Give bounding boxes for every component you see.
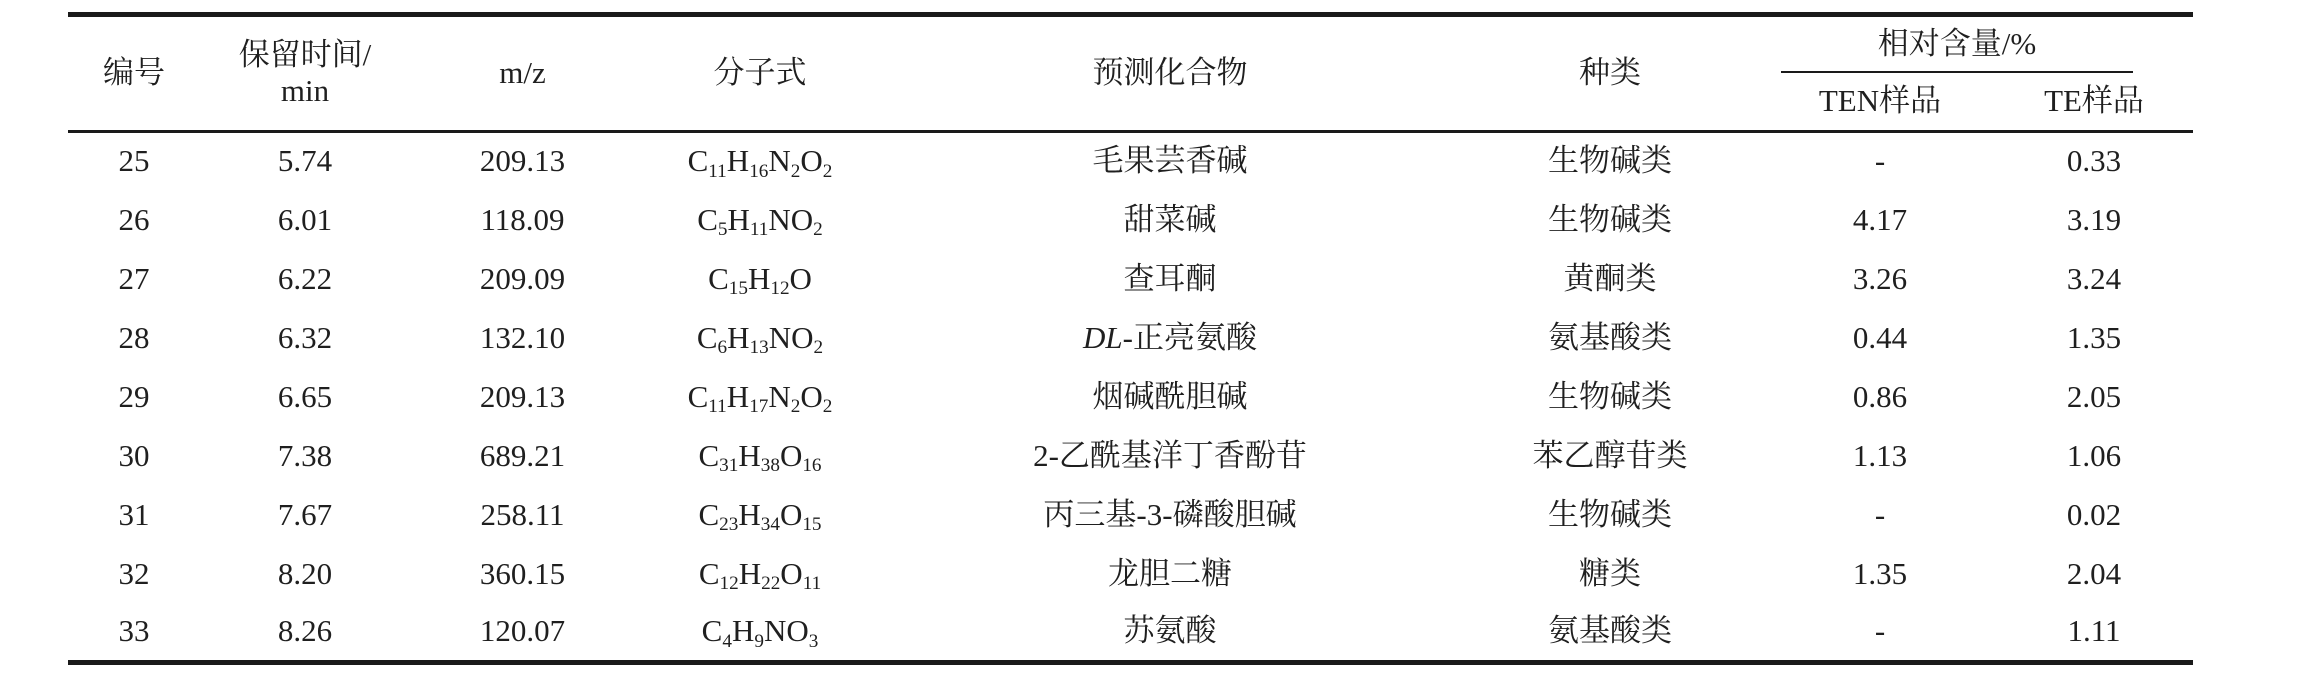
cell-mz: 132.10 [410,308,635,367]
cell-mz: 120.07 [410,603,635,662]
cell-mz: 118.09 [410,190,635,249]
cell-formula: C4H9NO3 [635,603,885,662]
cell-te-sample-value: 3.19 [1995,190,2193,249]
table-row: 27 6.22 209.09 C15H12O 查耳酮 黄酮类 3.26 3.24 [68,249,2193,308]
cell-compound: 2-乙酰基洋丁香酚苷 [885,426,1455,485]
table-row: 25 5.74 209.13 C11H16N2O2 毛果芸香碱 生物碱类 - 0… [68,131,2193,190]
paper-table-page: 编号 保留时间/ min m/z 分子式 预测化合物 种类 相对含量/% TEN… [0,0,2304,678]
cell-formula: C12H22O11 [635,544,885,603]
cell-category: 生物碱类 [1455,367,1765,426]
header-mz: m/z [410,15,635,132]
cell-compound: 龙胆二糖 [885,544,1455,603]
cell-mz: 360.15 [410,544,635,603]
cell-formula: C11H17N2O2 [635,367,885,426]
cell-formula: C23H34O15 [635,485,885,544]
cell-category: 黄酮类 [1455,249,1765,308]
header-te-sample: TE样品 [1995,73,2193,131]
table-header: 编号 保留时间/ min m/z 分子式 预测化合物 种类 相对含量/% TEN… [68,15,2193,132]
cell-ten-sample-value: - [1765,485,1995,544]
table-row: 26 6.01 118.09 C5H11NO2 甜菜碱 生物碱类 4.17 3.… [68,190,2193,249]
header-relative-content-label: 相对含量/% [1878,26,2036,62]
cell-compound: 苏氨酸 [885,603,1455,662]
header-formula: 分子式 [635,15,885,132]
header-compound: 预测化合物 [885,15,1455,132]
table-row: 28 6.32 132.10 C6H13NO2 DL-正亮氨酸 氨基酸类 0.4… [68,308,2193,367]
cell-te-sample-value: 0.02 [1995,485,2193,544]
cell-id: 30 [68,426,200,485]
cell-category: 苯乙醇苷类 [1455,426,1765,485]
cell-compound: 丙三基-3-磷酸胆碱 [885,485,1455,544]
cell-id: 31 [68,485,200,544]
compound-table: 编号 保留时间/ min m/z 分子式 预测化合物 种类 相对含量/% TEN… [68,12,2193,665]
header-retention-time-line2: min [200,73,410,110]
cell-id: 28 [68,308,200,367]
cell-retention-time: 8.26 [200,603,410,662]
table-row: 30 7.38 689.21 C31H38O16 2-乙酰基洋丁香酚苷 苯乙醇苷… [68,426,2193,485]
table-row: 32 8.20 360.15 C12H22O11 龙胆二糖 糖类 1.35 2.… [68,544,2193,603]
cell-mz: 209.13 [410,367,635,426]
cell-te-sample-value: 2.04 [1995,544,2193,603]
table-row: 29 6.65 209.13 C11H17N2O2 烟碱酰胆碱 生物碱类 0.8… [68,367,2193,426]
cell-ten-sample-value: 4.17 [1765,190,1995,249]
cell-te-sample-value: 3.24 [1995,249,2193,308]
header-relative-content-group: 相对含量/% [1765,15,2193,74]
cell-te-sample-value: 1.06 [1995,426,2193,485]
cell-formula: C15H12O [635,249,885,308]
cell-id: 29 [68,367,200,426]
cell-retention-time: 7.67 [200,485,410,544]
cell-category: 生物碱类 [1455,131,1765,190]
cell-ten-sample-value: 1.35 [1765,544,1995,603]
cell-retention-time: 6.22 [200,249,410,308]
cell-ten-sample-value: 3.26 [1765,249,1995,308]
table-row: 33 8.26 120.07 C4H9NO3 苏氨酸 氨基酸类 - 1.11 [68,603,2193,662]
cell-ten-sample-value: - [1765,131,1995,190]
cell-mz: 209.09 [410,249,635,308]
cell-id: 33 [68,603,200,662]
cell-retention-time: 6.65 [200,367,410,426]
cell-id: 25 [68,131,200,190]
cell-formula: C5H11NO2 [635,190,885,249]
header-category: 种类 [1455,15,1765,132]
table-body: 25 5.74 209.13 C11H16N2O2 毛果芸香碱 生物碱类 - 0… [68,131,2193,662]
cell-compound: 甜菜碱 [885,190,1455,249]
cell-retention-time: 7.38 [200,426,410,485]
cell-te-sample-value: 1.11 [1995,603,2193,662]
cell-te-sample-value: 2.05 [1995,367,2193,426]
cell-compound: DL-正亮氨酸 [885,308,1455,367]
header-id: 编号 [68,15,200,132]
cell-retention-time: 5.74 [200,131,410,190]
cell-id: 27 [68,249,200,308]
cell-mz: 258.11 [410,485,635,544]
cell-formula: C31H38O16 [635,426,885,485]
cell-ten-sample-value: - [1765,603,1995,662]
cell-category: 糖类 [1455,544,1765,603]
cell-category: 氨基酸类 [1455,603,1765,662]
cell-te-sample-value: 0.33 [1995,131,2193,190]
cell-compound: 查耳酮 [885,249,1455,308]
cell-mz: 689.21 [410,426,635,485]
cell-category: 生物碱类 [1455,485,1765,544]
cell-formula: C6H13NO2 [635,308,885,367]
cell-te-sample-value: 1.35 [1995,308,2193,367]
header-retention-time: 保留时间/ min [200,15,410,132]
table-row: 31 7.67 258.11 C23H34O15 丙三基-3-磷酸胆碱 生物碱类… [68,485,2193,544]
header-ten-sample: TEN样品 [1765,73,1995,131]
cell-compound: 烟碱酰胆碱 [885,367,1455,426]
cell-ten-sample-value: 1.13 [1765,426,1995,485]
cell-category: 氨基酸类 [1455,308,1765,367]
cell-ten-sample-value: 0.44 [1765,308,1995,367]
cell-retention-time: 6.32 [200,308,410,367]
cell-ten-sample-value: 0.86 [1765,367,1995,426]
cell-category: 生物碱类 [1455,190,1765,249]
cell-id: 32 [68,544,200,603]
cell-formula: C11H16N2O2 [635,131,885,190]
cell-retention-time: 8.20 [200,544,410,603]
cell-retention-time: 6.01 [200,190,410,249]
cell-compound: 毛果芸香碱 [885,131,1455,190]
header-retention-time-line1: 保留时间/ [200,37,410,74]
cell-id: 26 [68,190,200,249]
cell-mz: 209.13 [410,131,635,190]
